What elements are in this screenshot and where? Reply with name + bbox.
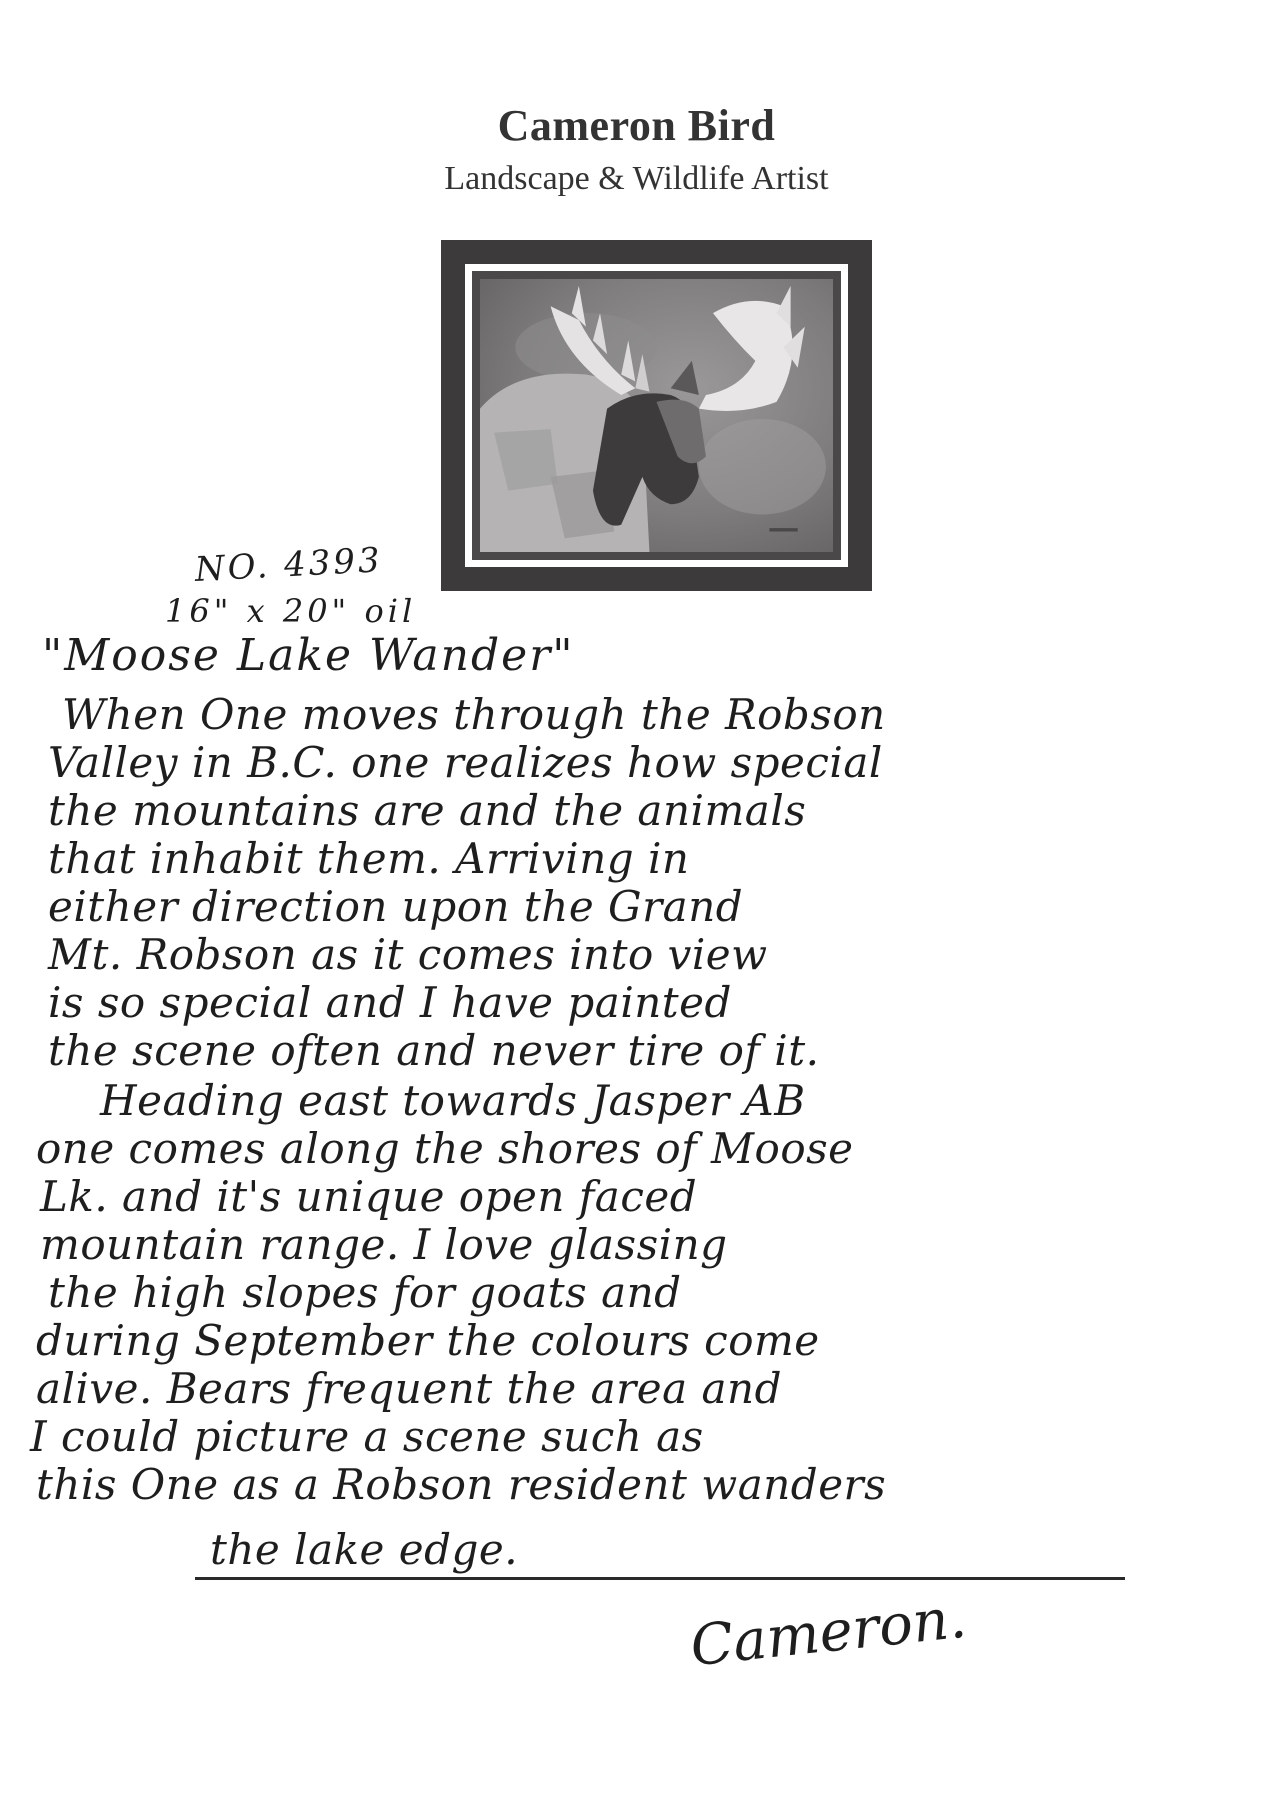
artist-name: Cameron Bird	[0, 100, 1273, 151]
body-line: during September the colours come	[36, 1316, 820, 1365]
body-line: is so special and I have painted	[48, 978, 732, 1027]
artwork-size: 16" x 20" oil	[165, 592, 416, 630]
body-line: I could picture a scene such as	[30, 1412, 704, 1461]
body-line: Mt. Robson as it comes into view	[48, 930, 768, 979]
moose-painting-image	[480, 279, 833, 552]
body-line: Lk. and it's unique open faced	[40, 1172, 697, 1221]
artist-signature: Cameron.	[687, 1586, 969, 1680]
body-line: When One moves through the Robson	[62, 690, 886, 739]
body-line: alive. Bears frequent the area and	[36, 1364, 782, 1413]
body-line: mountain range. I love glassing	[40, 1220, 728, 1269]
body-line: either direction upon the Grand	[48, 882, 743, 931]
body-line: one comes along the shores of Moose	[36, 1124, 854, 1173]
body-line: this One as a Robson resident wanders	[36, 1460, 886, 1509]
body-line: the high slopes for goats and	[48, 1268, 682, 1317]
body-line: the lake edge.	[210, 1525, 518, 1574]
artist-subtitle: Landscape & Wildlife Artist	[0, 160, 1273, 198]
body-line: that inhabit them. Arriving in	[48, 834, 689, 883]
body-line: Valley in B.C. one realizes how special	[48, 738, 883, 787]
body-line: Heading east towards Jasper AB	[100, 1076, 806, 1125]
artwork-title: "Moose Lake Wander"	[42, 630, 574, 681]
signature-rule	[195, 1577, 1125, 1580]
painting-frame	[441, 240, 872, 591]
body-line: the mountains are and the animals	[48, 786, 806, 835]
artwork-number: NO. 4393	[194, 540, 384, 590]
moose-illustration	[480, 279, 833, 552]
painting-mat	[465, 264, 848, 567]
body-line: the scene often and never tire of it.	[48, 1026, 819, 1075]
painting-inner-frame	[472, 271, 841, 560]
